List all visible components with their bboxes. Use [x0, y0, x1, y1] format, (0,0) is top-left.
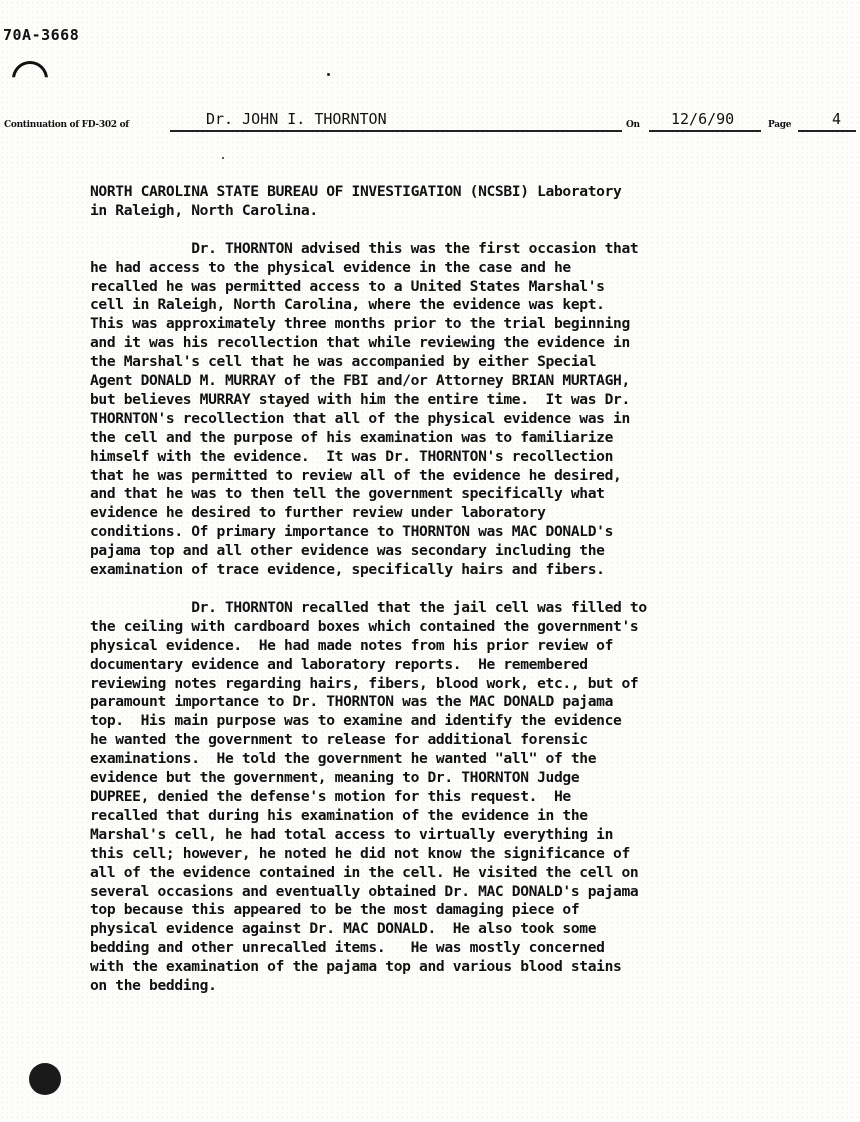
text-line: reviewing notes regarding hairs, fibers,… [90, 675, 830, 694]
text-line: physical evidence against Dr. MAC DONALD… [90, 920, 830, 939]
text-line: evidence but the government, meaning to … [90, 769, 830, 788]
text-line: pajama top and all other evidence was se… [90, 542, 830, 561]
paragraph: Dr. THORNTON advised this was the first … [90, 240, 830, 580]
page-label: Page [768, 120, 791, 130]
date-field: 12/6/90 [649, 108, 761, 132]
text-line: examination of trace evidence, specifica… [90, 561, 830, 580]
text-line: this cell; however, he noted he did not … [90, 845, 830, 864]
text-line: but believes MURRAY stayed with him the … [90, 391, 830, 410]
speck-mark [222, 157, 224, 159]
text-line: and it was his recollection that while r… [90, 334, 830, 353]
document-body: NORTH CAROLINA STATE BUREAU OF INVESTIGA… [90, 183, 830, 1015]
text-line: paramount importance to Dr. THORNTON was… [90, 693, 830, 712]
text-line: on the bedding. [90, 977, 830, 996]
file-number: 70A-3668 [3, 26, 79, 44]
text-line: and that he was to then tell the governm… [90, 485, 830, 504]
page-number: 4 [832, 110, 841, 128]
text-line: recalled that during his examination of … [90, 807, 830, 826]
text-line: all of the evidence contained in the cel… [90, 864, 830, 883]
text-line: examinations. He told the government he … [90, 750, 830, 769]
text-line: top because this appeared to be the most… [90, 901, 830, 920]
text-line: evidence he desired to further review un… [90, 504, 830, 523]
text-line: he had access to the physical evidence i… [90, 259, 830, 278]
text-line: Agent DONALD M. MURRAY of the FBI and/or… [90, 372, 830, 391]
text-line: conditions. Of primary importance to THO… [90, 523, 830, 542]
subject-field: Dr. JOHN I. THORNTON [170, 108, 622, 132]
text-line: himself with the evidence. It was Dr. TH… [90, 448, 830, 467]
paragraph: NORTH CAROLINA STATE BUREAU OF INVESTIGA… [90, 183, 830, 221]
text-line: Dr. THORNTON recalled that the jail cell… [90, 599, 830, 618]
text-line: cell in Raleigh, North Carolina, where t… [90, 296, 830, 315]
text-line: top. His main purpose was to examine and… [90, 712, 830, 731]
subject-name: Dr. JOHN I. THORNTON [206, 110, 387, 128]
text-line: THORNTON's recollection that all of the … [90, 410, 830, 429]
text-line: bedding and other unrecalled items. He w… [90, 939, 830, 958]
text-line: the Marshal's cell that he was accompani… [90, 353, 830, 372]
arc-mark-icon [12, 61, 48, 97]
text-line: several occasions and eventually obtaine… [90, 883, 830, 902]
text-line: DUPREE, denied the defense's motion for … [90, 788, 830, 807]
text-line: the cell and the purpose of his examinat… [90, 429, 830, 448]
text-line: in Raleigh, North Carolina. [90, 202, 830, 221]
paragraph: Dr. THORNTON recalled that the jail cell… [90, 599, 830, 996]
text-line: This was approximately three months prio… [90, 315, 830, 334]
text-line: Marshal's cell, he had total access to v… [90, 826, 830, 845]
date-value: 12/6/90 [671, 110, 734, 128]
page-field: 4 [798, 108, 856, 132]
fd302-header: Continuation of FD-302 of Dr. JOHN I. TH… [4, 108, 856, 136]
text-line: NORTH CAROLINA STATE BUREAU OF INVESTIGA… [90, 183, 830, 202]
text-line: the ceiling with cardboard boxes which c… [90, 618, 830, 637]
document-page: 70A-3668 Continuation of FD-302 of Dr. J… [0, 0, 860, 1122]
hole-punch-icon [29, 1063, 61, 1095]
text-line: he wanted the government to release for … [90, 731, 830, 750]
text-line: recalled he was permitted access to a Un… [90, 278, 830, 297]
text-line: Dr. THORNTON advised this was the first … [90, 240, 830, 259]
text-line: that he was permitted to review all of t… [90, 467, 830, 486]
text-line: physical evidence. He had made notes fro… [90, 637, 830, 656]
text-line: documentary evidence and laboratory repo… [90, 656, 830, 675]
speck-mark [327, 73, 330, 76]
text-line: with the examination of the pajama top a… [90, 958, 830, 977]
on-label: On [626, 120, 640, 130]
continuation-label: Continuation of FD-302 of [4, 120, 129, 130]
